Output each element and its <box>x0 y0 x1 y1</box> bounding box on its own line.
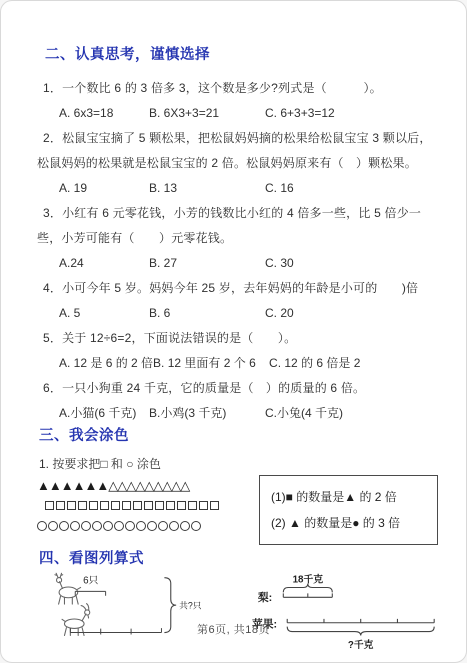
page-number: 第6页, 共18页 <box>1 621 466 637</box>
question-4: 4．小可今年 5 岁。妈妈今年 25 岁，去年妈妈的年龄是小可的 )倍 A. 5… <box>37 276 440 326</box>
question-2: 2．松鼠宝宝摘了 5 颗松果，把松鼠妈妈摘的松果给松鼠宝宝 3 颗以后，松鼠妈妈… <box>37 126 440 201</box>
triangle-empty-icon: △ <box>144 478 153 493</box>
circle-empty-icon <box>136 521 146 531</box>
options-row: A.小猫(6 千克) B.小鸡(3 千克) C.小兔(4 千克) <box>37 401 440 426</box>
rule-2: (2) ▲ 的数量是● 的 3 倍 <box>271 510 435 536</box>
option-a: A.24 <box>59 251 149 276</box>
worksheet-content: 二、认真思考，谨慎选择 1．一个数比 6 的 3 倍多 3，这个数是多少?列式是… <box>1 1 466 651</box>
question-1: 1．一个数比 6 的 3 倍多 3，这个数是多少?列式是（ ）。 A. 6x3=… <box>37 76 440 126</box>
square-empty-icon <box>177 501 186 510</box>
weights-diagram: 18千克 梨: 苹果: ?千克 <box>250 571 440 651</box>
section-choice-title: 二、认真思考，谨慎选择 <box>45 45 440 65</box>
circle-empty-icon <box>70 521 80 531</box>
pear-bar <box>283 593 332 597</box>
triangle-empty-icon: △ <box>153 478 162 493</box>
option-c: C. 12 的 6 倍是 2 <box>269 351 360 376</box>
diagrams-row: 6只 共?只 18千克 梨: <box>37 571 440 651</box>
triangle-empty-icon: △ <box>180 478 189 493</box>
circles-row <box>37 517 259 537</box>
square-empty-icon <box>144 501 153 510</box>
question-text: 6．一只小狗重 24 千克，它的质量是（ ）的质量的 6 倍。 <box>37 376 440 401</box>
triangle-empty-icon: △ <box>126 478 135 493</box>
option-c: C.小兔(4 千克) <box>265 401 343 426</box>
rules-box: (1)■ 的数量是▲ 的 2 倍 (2) ▲ 的数量是● 的 3 倍 <box>259 475 438 545</box>
triangle-filled-icon: ▲ <box>37 478 49 493</box>
deer-count-label: 6只 <box>83 575 98 587</box>
triangle-filled-icon: ▲ <box>85 478 97 493</box>
section-color-title: 三、我会涂色 <box>39 426 440 446</box>
circle-empty-icon <box>103 521 113 531</box>
options-row: A. 6x3=18 B. 6X3+3=21 C. 6+3+3=12 <box>37 101 440 126</box>
square-empty-icon <box>188 501 197 510</box>
circle-empty-icon <box>158 521 168 531</box>
option-b: B. 27 <box>149 251 265 276</box>
rule-1: (1)■ 的数量是▲ 的 2 倍 <box>271 484 435 510</box>
options-row: A. 5 B. 6 C. 20 <box>37 301 440 326</box>
square-empty-icon <box>67 501 76 510</box>
square-empty-icon <box>111 501 120 510</box>
square-empty-icon <box>133 501 142 510</box>
triangle-filled-icon: ▲ <box>96 478 108 493</box>
color-exercise: ▲▲▲▲▲▲△△△△△△△△△ (1)■ 的数量是▲ 的 2 倍 (2) ▲ 的… <box>37 475 440 545</box>
question-5: 5．关于 12÷6=2，下面说法错误的是（ ）。 A. 12 是 6 的 2 倍… <box>37 326 440 376</box>
square-empty-icon <box>122 501 131 510</box>
square-empty-icon <box>199 501 208 510</box>
option-b: B. 6X3+3=21 <box>149 101 265 126</box>
triangle-filled-icon: ▲ <box>61 478 73 493</box>
option-a: A.小猫(6 千克) <box>59 401 149 426</box>
question-text: 5．关于 12÷6=2，下面说法错误的是（ ）。 <box>37 326 440 351</box>
circle-empty-icon <box>37 521 47 531</box>
circle-empty-icon <box>114 521 124 531</box>
squares-row <box>37 497 259 517</box>
square-empty-icon <box>78 501 87 510</box>
triangle-empty-icon: △ <box>162 478 171 493</box>
apple-weight-label: ?千克 <box>348 638 374 651</box>
question-text: 1．一个数比 6 的 3 倍多 3，这个数是多少?列式是（ ）。 <box>37 76 440 101</box>
triangle-filled-icon: ▲ <box>49 478 61 493</box>
worksheet-page: 二、认真思考，谨慎选择 1．一个数比 6 的 3 倍多 3，这个数是多少?列式是… <box>0 0 467 663</box>
question-6: 6．一只小狗重 24 千克，它的质量是（ ）的质量的 6 倍。 A.小猫(6 千… <box>37 376 440 426</box>
options-row: A. 19 B. 13 C. 16 <box>37 176 440 201</box>
total-count-label: 共?只 <box>179 600 202 611</box>
circle-empty-icon <box>169 521 179 531</box>
circle-empty-icon <box>147 521 157 531</box>
circle-empty-icon <box>125 521 135 531</box>
triangle-empty-icon: △ <box>171 478 180 493</box>
square-empty-icon <box>210 501 219 510</box>
question-text: 4．小可今年 5 岁。妈妈今年 25 岁，去年妈妈的年龄是小可的 )倍 <box>37 276 440 301</box>
option-b: B. 6 <box>149 301 265 326</box>
color-instruction: 1. 按要求把□ 和 ○ 涂色 <box>39 453 440 475</box>
option-a: A. 19 <box>59 176 149 201</box>
triangle-empty-icon: △ <box>108 478 117 493</box>
circle-empty-icon <box>92 521 102 531</box>
question-text: 3．小红有 6 元零花钱，小芳的钱数比小红的 4 倍多一些，比 5 倍少一些，小… <box>37 201 440 251</box>
circle-empty-icon <box>180 521 190 531</box>
option-c: C. 30 <box>265 251 294 276</box>
square-empty-icon <box>45 501 54 510</box>
animals-diagram: 6只 共?只 <box>39 571 235 649</box>
deer-segment-line <box>75 591 105 595</box>
question-text: 2．松鼠宝宝摘了 5 颗松果，把松鼠妈妈摘的松果给松鼠宝宝 3 颗以后，松鼠妈妈… <box>37 126 440 176</box>
square-empty-icon <box>166 501 175 510</box>
triangles-row: ▲▲▲▲▲▲△△△△△△△△△ <box>37 477 259 497</box>
pear-label: 梨: <box>258 591 272 604</box>
circle-empty-icon <box>59 521 69 531</box>
square-empty-icon <box>155 501 164 510</box>
options-row: A.24 B. 27 C. 30 <box>37 251 440 276</box>
triangle-filled-icon: ▲ <box>73 478 85 493</box>
pear-brace <box>283 584 332 593</box>
options-row: A. 12 是 6 的 2 倍 B. 12 里面有 2 个 6 C. 12 的 … <box>37 351 440 376</box>
option-c: C. 20 <box>265 301 294 326</box>
option-b: B. 13 <box>149 176 265 201</box>
option-b: B.小鸡(3 千克) <box>149 401 265 426</box>
circle-empty-icon <box>48 521 58 531</box>
deer-icon <box>55 573 81 604</box>
question-3: 3．小红有 6 元零花钱，小芳的钱数比小红的 4 倍多一些，比 5 倍少一些，小… <box>37 201 440 276</box>
circle-empty-icon <box>81 521 91 531</box>
option-c: C. 16 <box>265 176 294 201</box>
option-a: A. 6x3=18 <box>59 101 149 126</box>
circle-empty-icon <box>191 521 201 531</box>
shape-rows: ▲▲▲▲▲▲△△△△△△△△△ <box>37 475 259 537</box>
option-c: C. 6+3+3=12 <box>265 101 335 126</box>
triangle-empty-icon: △ <box>135 478 144 493</box>
option-b: B. 12 里面有 2 个 6 <box>153 351 269 376</box>
section-diagram-title: 四、看图列算式 <box>39 549 440 569</box>
square-empty-icon <box>89 501 98 510</box>
triangle-empty-icon: △ <box>117 478 126 493</box>
square-empty-icon <box>100 501 109 510</box>
square-empty-icon <box>56 501 65 510</box>
option-a: A. 5 <box>59 301 149 326</box>
option-a: A. 12 是 6 的 2 倍 <box>59 351 153 376</box>
